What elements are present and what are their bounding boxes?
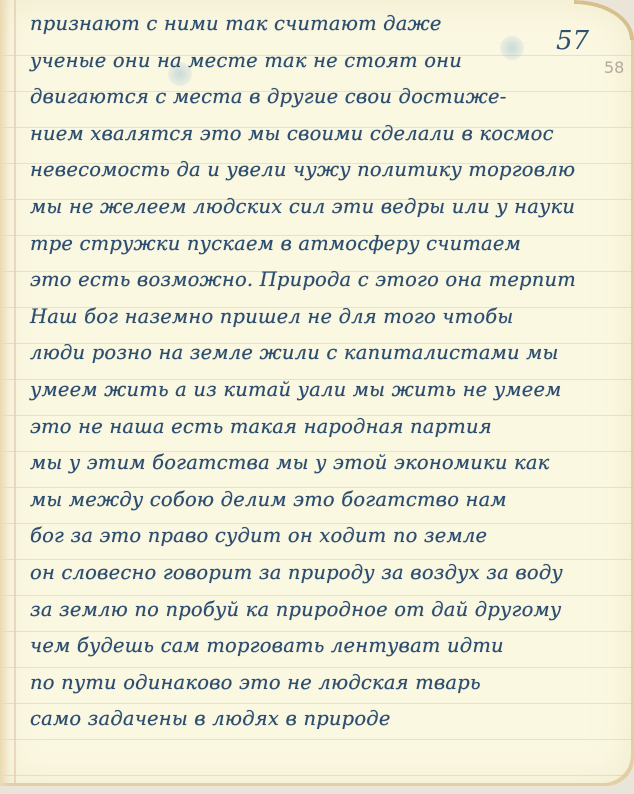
text-line: бог за это право судит он ходит по земле — [30, 518, 590, 555]
margin-line — [14, 0, 16, 786]
text-line: Наш бог наземно пришел не для того чтобы — [30, 299, 590, 336]
text-line: это есть возможно. Природа с этого она т… — [30, 262, 590, 299]
text-line: за землю по пробуй ка природное от дай д… — [30, 592, 590, 629]
text-line: двигаются с места в другие свои достиже- — [30, 79, 590, 116]
text-line: нием хвалятся это мы своими сделали в ко… — [30, 116, 590, 153]
text-line: мы между собою делим это богатство нам — [30, 482, 590, 519]
page-number-pencil: 58 — [604, 58, 624, 77]
text-line: признают с ними так считают даже — [30, 6, 590, 43]
text-line: невесомость да и увели чужу политику тор… — [30, 152, 590, 189]
binding-shadow — [0, 0, 10, 786]
text-line: тре стружки пускаем в атмосферу считаем — [30, 226, 590, 263]
text-line: умеем жить а из китай уали мы жить не ум… — [30, 372, 590, 409]
text-line: мы не желеем людских сил эти ведры или у… — [30, 189, 590, 226]
text-line: само задачены в людях в природе — [30, 701, 590, 738]
text-line: мы у этим богатства мы у этой экономики … — [30, 445, 590, 482]
text-line: он словесно говорит за природу за воздух… — [30, 555, 590, 592]
text-line: чем будешь сам торговать лентуват идти — [30, 628, 590, 665]
notebook-page: 57 58 признают с ними так считают даже у… — [0, 0, 634, 786]
text-line: по пути одинаково это не людская тварь — [30, 665, 590, 702]
text-line: это не наша есть такая народная партия — [30, 409, 590, 446]
text-line: ученые они на месте так не стоят они — [30, 43, 590, 80]
text-line: люди розно на земле жили с капиталистами… — [30, 335, 590, 372]
handwritten-text: признают с ними так считают даже ученые … — [30, 6, 590, 738]
